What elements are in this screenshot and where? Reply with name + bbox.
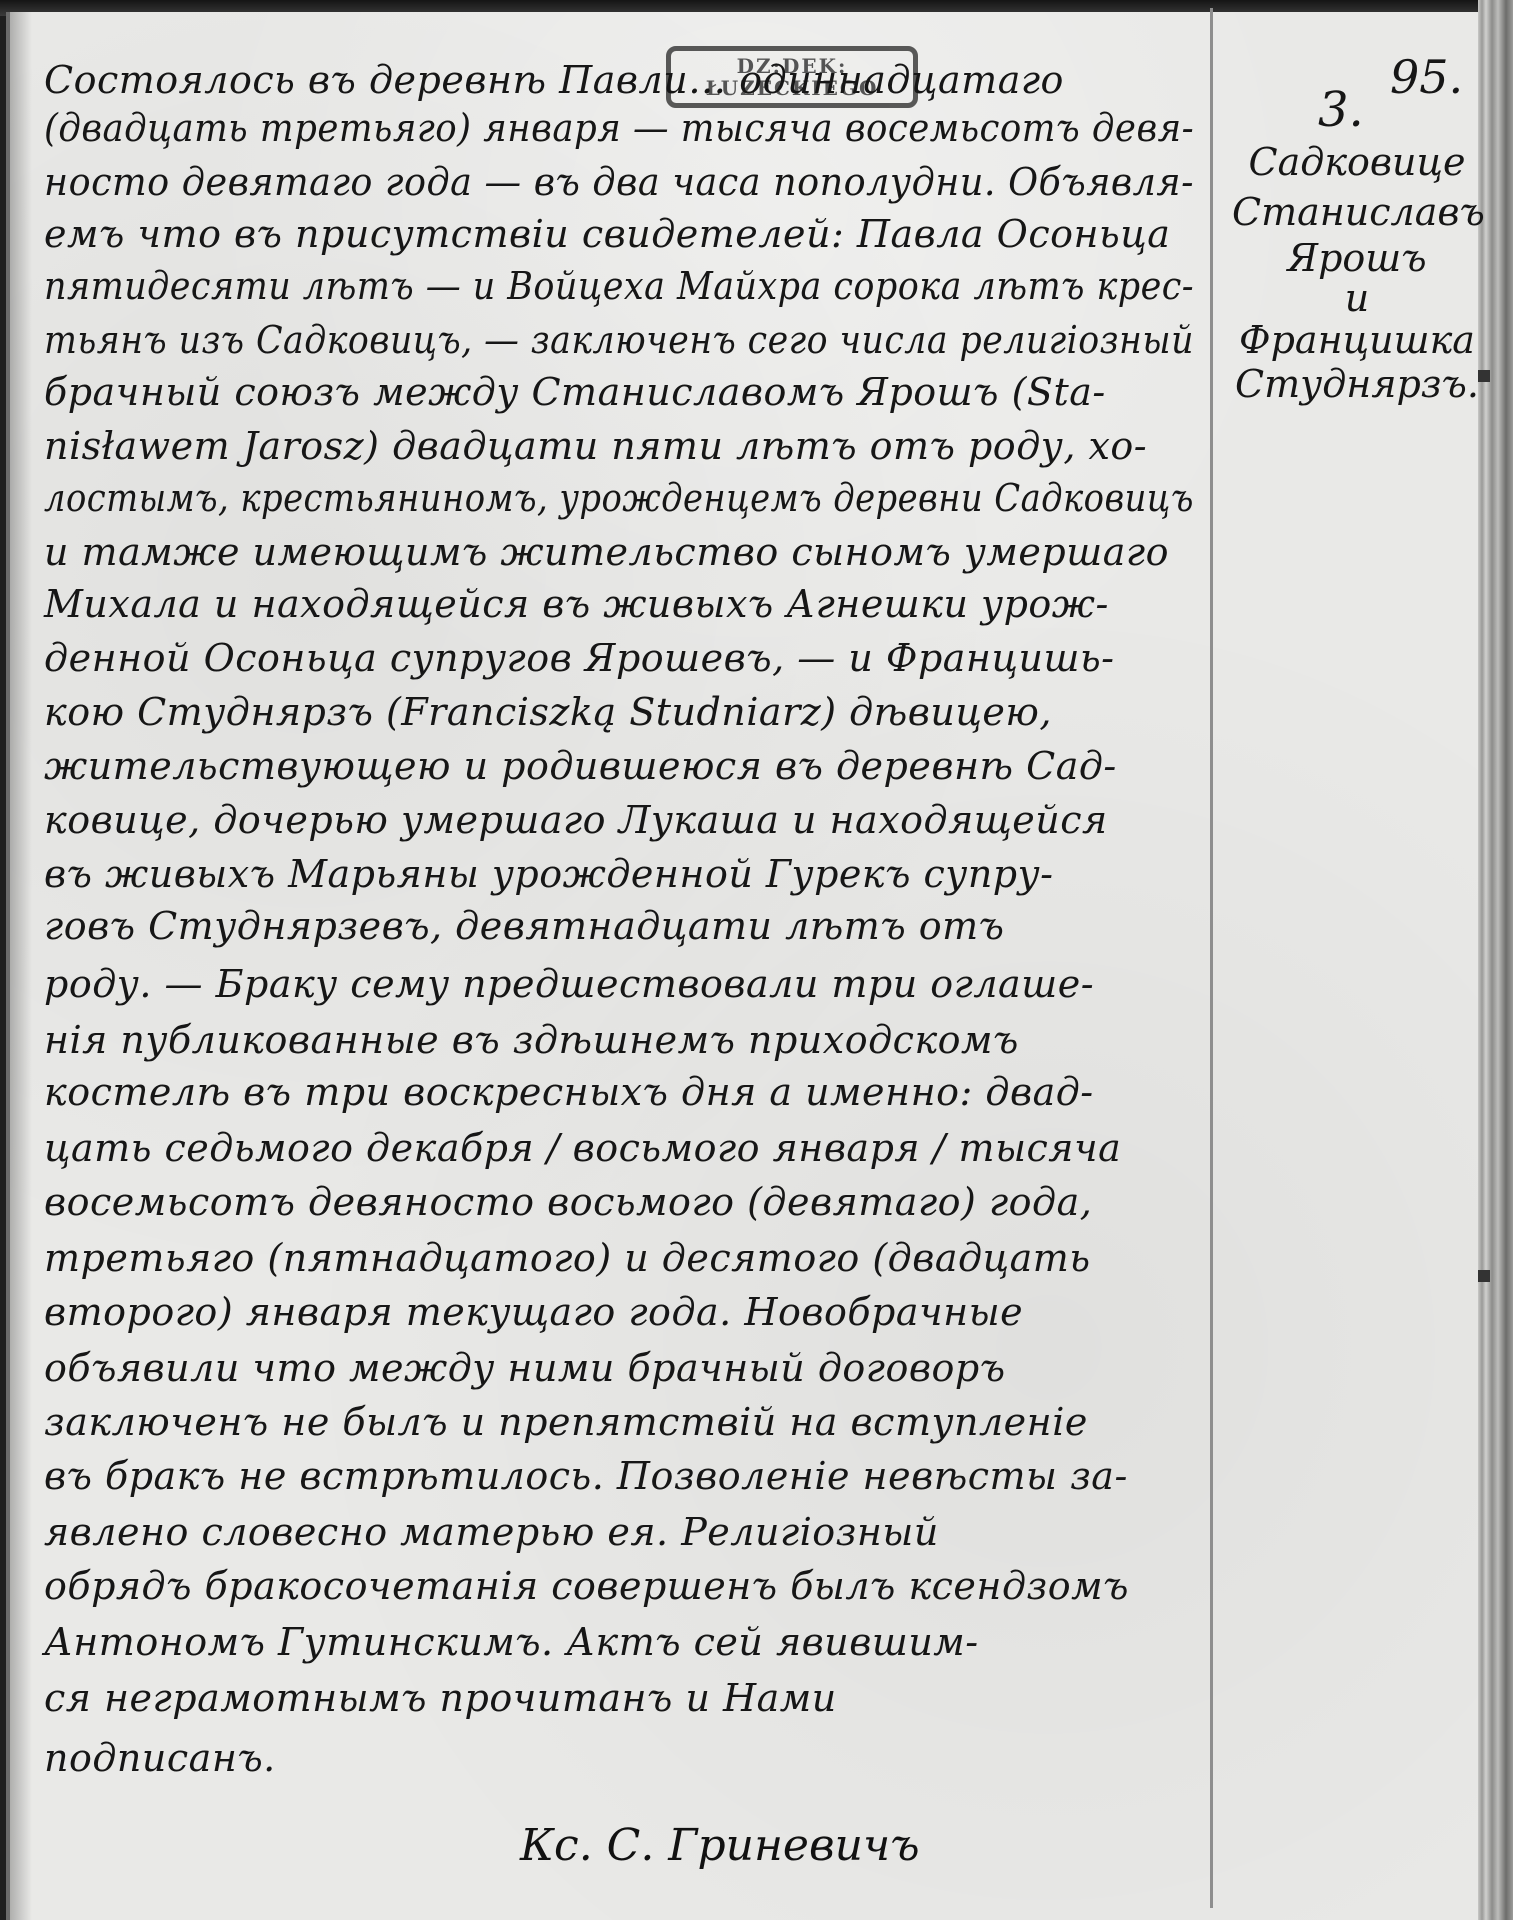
- body-line: подписанъ.: [44, 1736, 276, 1780]
- body-line: костелѣ въ три воскресныхъ дня а именно:…: [44, 1070, 1094, 1114]
- body-line: роду. — Браку сему предшествовали три ог…: [44, 962, 1094, 1006]
- body-line: ковице, дочерью умершаго Лукаша и находя…: [44, 798, 1108, 842]
- body-line: тьянъ изъ Садковицъ, — заключенъ сего чи…: [44, 318, 1194, 362]
- body-line: цать седьмого декабря / восьмого января …: [44, 1126, 1121, 1170]
- book-binding-edge: [1478, 0, 1513, 1920]
- body-line: говъ Студнярзевъ, девятнадцати лѣтъ отъ: [44, 904, 1004, 948]
- body-line: лостымъ, крестьяниномъ, урожденцемъ дере…: [44, 476, 1194, 520]
- body-line: въ бракъ не встрѣтилось. Позволеніе невѣ…: [44, 1454, 1128, 1498]
- body-line: жительствующею и родившеюся въ деревнѣ С…: [44, 744, 1117, 788]
- margin-note-bride-first: Францишка: [1232, 318, 1482, 362]
- margin-note-groom-first: Станиславъ: [1232, 190, 1482, 234]
- margin-note-village: Садковице: [1232, 140, 1482, 184]
- body-line: Антономъ Гутинскимъ. Актъ сей явившим-: [44, 1620, 979, 1664]
- body-line: брачный союзъ между Станиславомъ Ярошъ (…: [44, 370, 1106, 414]
- body-line: заключенъ не былъ и препятствій на вступ…: [44, 1400, 1088, 1444]
- margin-note-groom-last: Ярошъ: [1232, 236, 1482, 280]
- body-line: денной Осоньца супругов Ярошевъ, — и Фра…: [44, 636, 1114, 680]
- gutter-shadow: [10, 12, 32, 1920]
- body-line: кою Студнярзъ (Franciszką Studniarz) дѣв…: [44, 690, 1052, 734]
- body-line: обрядъ бракосочетанія совершенъ былъ ксе…: [44, 1564, 1129, 1608]
- body-line: (двадцать третьяго) января — тысяча восе…: [44, 106, 1194, 150]
- body-line: восемьсотъ девяносто восьмого (девятаго)…: [44, 1180, 1092, 1224]
- body-line: явлено словесно матерью ея. Религіозный: [44, 1510, 939, 1554]
- body-line: второго) января текущаго года. Новобрачн…: [44, 1290, 1023, 1334]
- priest-signature: Кс. С. Гриневичъ: [520, 1820, 920, 1871]
- body-line: въ живыхъ Марьяны урожденной Гурекъ супр…: [44, 852, 1054, 896]
- body-line: Михала и находящейся въ живыхъ Агнешки у…: [44, 582, 1109, 626]
- body-line: пятидесяти лѣтъ — и Войцеха Майхра сорок…: [44, 264, 1194, 308]
- body-line: Состоялось въ деревнѣ Павли… одиннадцата…: [44, 58, 1064, 102]
- binding-clip-icon: [1478, 1270, 1490, 1282]
- body-line: объявили что между ними брачный договоръ: [44, 1346, 1006, 1390]
- scanned-register-page: DZ:DEK: ŁUZECKIEGO 95. 3. Садковице Стан…: [0, 0, 1513, 1920]
- body-line: и тамже имеющимъ жительство сыномъ умерш…: [44, 530, 1169, 574]
- page-number: 95.: [1390, 50, 1463, 104]
- margin-rule-line: [1210, 8, 1213, 1908]
- body-line: емъ что въ присутствіи свидетелей: Павла…: [44, 212, 1170, 256]
- body-line: носто девятаго года — въ два часа пополу…: [44, 160, 1194, 204]
- body-line: третьяго (пятнадцатого) и десятого (двад…: [44, 1236, 1091, 1280]
- body-line: нія публикованные въ здѣшнемъ приходском…: [44, 1018, 1019, 1062]
- entry-number: 3.: [1318, 82, 1364, 138]
- body-line: nisławem Jarosz) двадцати пяти лѣтъ отъ …: [44, 424, 1147, 468]
- margin-note-and: и: [1232, 276, 1482, 320]
- body-line: ся неграмотнымъ прочитанъ и Нами: [44, 1676, 837, 1720]
- margin-note-bride-last: Студнярзъ.: [1232, 362, 1482, 406]
